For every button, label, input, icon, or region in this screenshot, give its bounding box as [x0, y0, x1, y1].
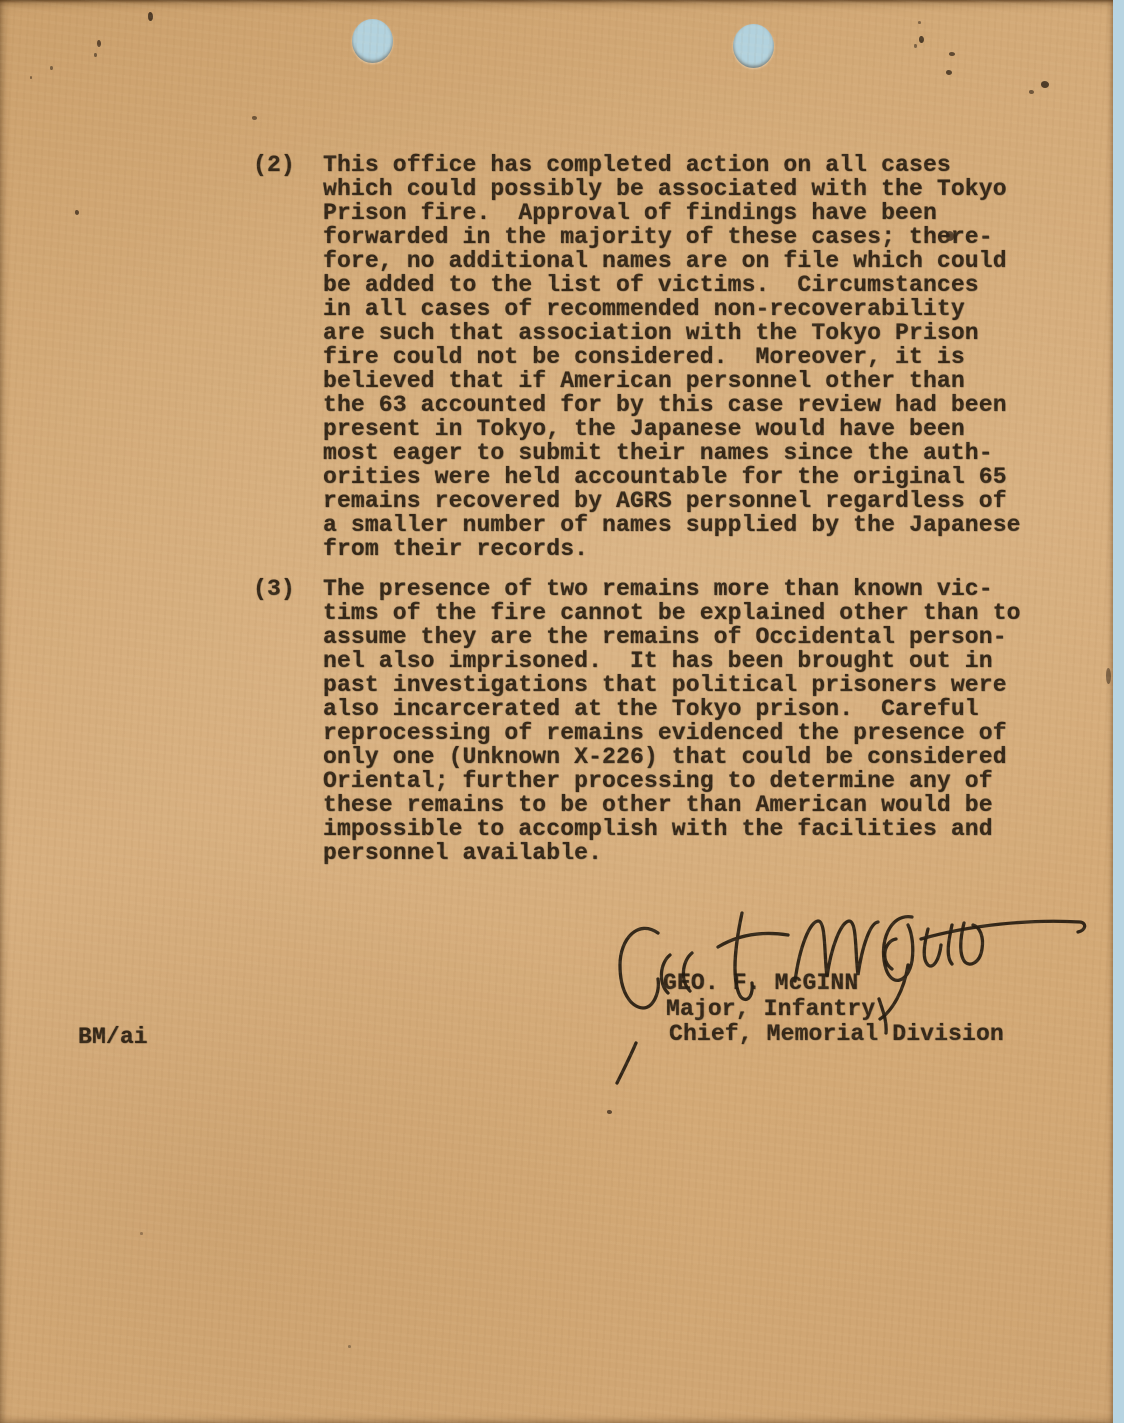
paragraph-3-text: The presence of two remains more than kn… — [323, 577, 1021, 865]
paragraph-2-number: (2) — [253, 153, 295, 177]
signature-typed-name: GEO. F. McGINN — [663, 971, 858, 995]
paper-sheet: (2) This office has completed action on … — [0, 0, 1113, 1423]
punch-hole-right-icon — [733, 24, 774, 68]
paragraph-2-text: This office has completed action on all … — [323, 153, 1021, 561]
paragraph-3-number: (3) — [253, 577, 295, 601]
signature-typed-title: Chief, Memorial Division — [669, 1022, 1004, 1046]
punch-hole-left-icon — [352, 19, 393, 63]
signature-typed-rank: Major, Infantry — [666, 997, 875, 1021]
scanned-memo-screenshot: { "document": { "kind": "typewritten mem… — [0, 0, 1124, 1423]
reference-initials: BM/ai — [78, 1025, 148, 1049]
